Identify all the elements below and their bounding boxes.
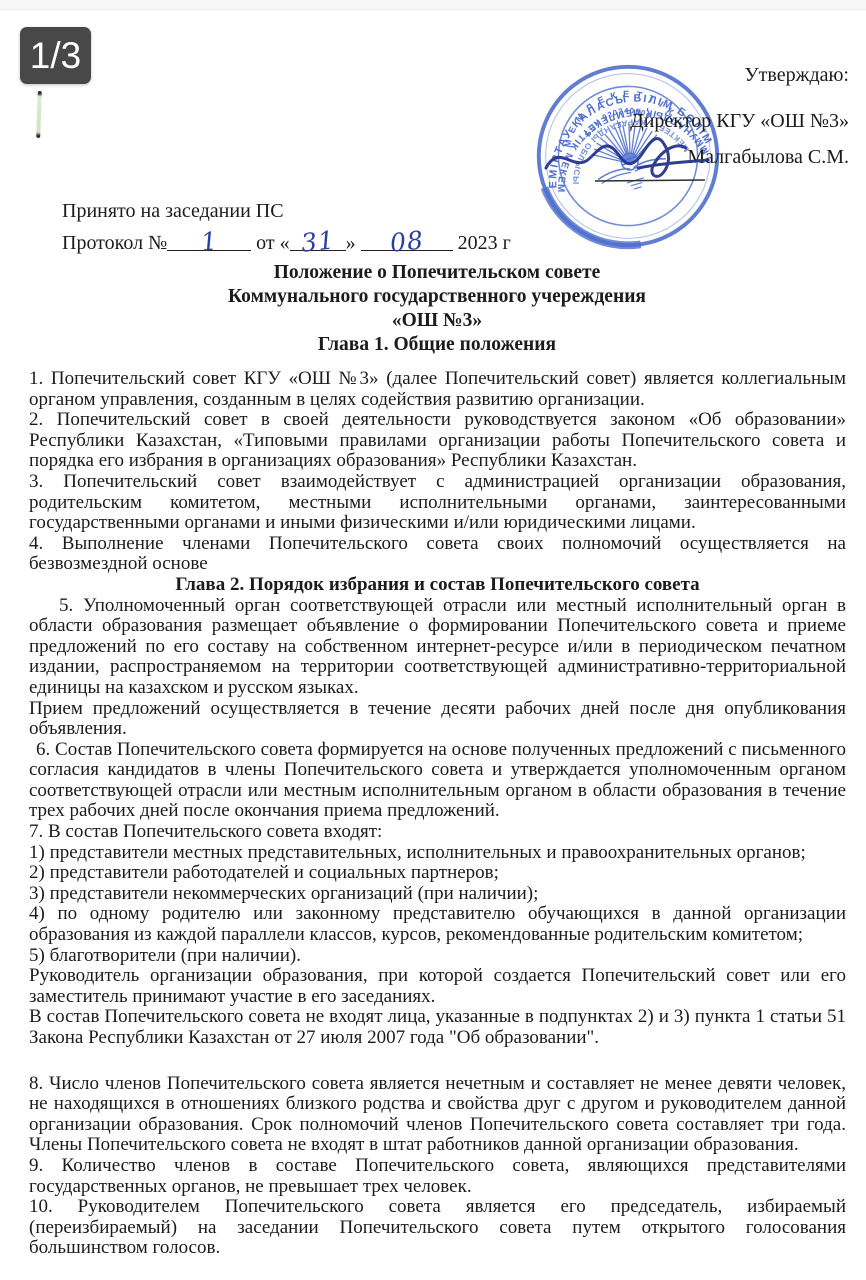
title-line-3: «ОШ №3» — [29, 309, 845, 333]
handwritten-day: 31 — [299, 225, 336, 258]
paragraph-1: 1. Попечительский совет КГУ «ОШ №3» (дал… — [29, 369, 846, 410]
paragraph-7-item-1: 1) представители местных представительны… — [29, 843, 846, 864]
pen-mark — [36, 91, 42, 138]
director-signature-icon — [540, 124, 730, 188]
paragraph-7-note-2: В состав Попечительского совета не входя… — [29, 1007, 846, 1048]
paragraph-10: 10. Руководителем Попечительского совета… — [29, 1197, 846, 1259]
month-blank: 08 — [361, 226, 453, 251]
paragraph-4: 4. Выполнение членами Попечительского со… — [29, 534, 846, 575]
protocol-label: Протокол № — [62, 232, 167, 254]
title-line-2: Коммунального государственного учережден… — [29, 285, 845, 309]
year-label: 2023 г — [453, 232, 511, 254]
from-label: от « — [251, 232, 289, 254]
paragraph-5b: Прием предложений осуществляется в течен… — [29, 699, 846, 740]
paragraph-6: 6. Состав Попечительского совета формиру… — [29, 740, 846, 822]
handwritten-month: 08 — [388, 225, 425, 258]
paragraph-2: 2. Попечительский совет в своей деятельн… — [29, 410, 846, 472]
paragraph-7-item-4: 4) по одному родителю или законному пред… — [29, 904, 846, 945]
protocol-line: Протокол №1 от «31» 08 2023 г — [62, 226, 511, 258]
top-strip — [0, 0, 866, 10]
chapter-2-heading: Глава 2. Порядок избрания и состав Попеч… — [29, 575, 846, 596]
scanned-document-page: 1/3 ТЕМІРТАУ ҚАЛАСЫ БІЛІМ БӨЛІМІ ҚОММУНА… — [0, 0, 866, 1280]
paragraph-7-item-5: 5) благотворители (при наличии). — [29, 946, 846, 967]
paragraph-9: 9. Количество членов в составе Попечител… — [29, 1156, 846, 1197]
paragraph-7-item-3: 3) представители некоммерческих организа… — [29, 884, 846, 905]
document-body: 1. Попечительский совет КГУ «ОШ №3» (дал… — [29, 369, 846, 1259]
document-title: Положение о Попечительском совете Коммун… — [29, 261, 845, 357]
handwritten-protocol-number: 1 — [199, 226, 219, 258]
paragraph-8: 8. Число членов Попечительского совета я… — [29, 1074, 846, 1156]
paragraph-7-item-2: 2) представители работодателей и социаль… — [29, 863, 846, 884]
approve-label: Утверждаю: — [630, 64, 849, 87]
accepted-line: Принято на заседании ПС — [62, 196, 511, 226]
acceptance-block: Принято на заседании ПС Протокол №1 от «… — [62, 196, 511, 258]
paragraph-7: 7. В состав Попечительского совета входя… — [29, 822, 846, 843]
close-quote: » — [346, 232, 361, 254]
chapter-1-heading: Глава 1. Общие положения — [29, 333, 845, 357]
day-blank: 31 — [290, 226, 346, 251]
blank-gap — [29, 1049, 846, 1074]
page-number-badge[interactable]: 1/3 — [20, 27, 91, 84]
paragraph-5: 5. Уполномоченный орган соответствующей … — [29, 596, 846, 699]
paragraph-7-note-1: Руководитель организации образования, пр… — [29, 966, 846, 1007]
paragraph-3: 3. Попечительский совет взаимодействует … — [29, 472, 846, 534]
title-line-1: Положение о Попечительском совете — [29, 261, 845, 285]
protocol-number-blank: 1 — [167, 226, 251, 251]
